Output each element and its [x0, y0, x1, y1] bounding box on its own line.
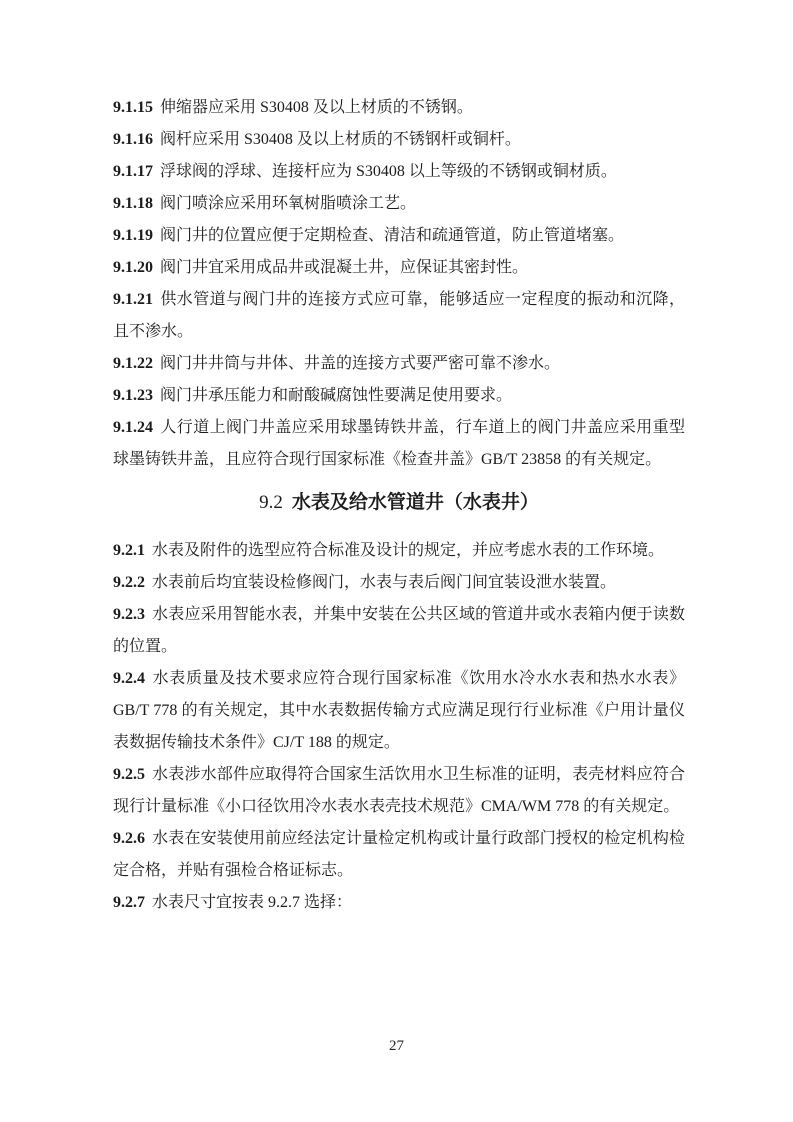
clause-number: 9.2.4	[113, 670, 152, 687]
section-9-2-clauses: 9.2.1水表及附件的选型应符合标准及设计的规定，并应考虑水表的工作环境。 9.…	[113, 535, 685, 919]
clause-9-2-7: 9.2.7水表尺寸宜按表 9.2.7 选择：	[113, 887, 685, 919]
clause-text: 阀杆应采用 S30408 及以上材质的不锈钢杆或铜杆。	[160, 131, 521, 148]
section-number: 9.2	[259, 492, 292, 513]
clause-number: 9.1.17	[113, 163, 160, 180]
clause-text: 阀门井井筒与井体、井盖的连接方式要严密可靠不渗水。	[160, 355, 560, 372]
clause-9-1-23: 9.1.23阀门井承压能力和耐酸碱腐蚀性要满足使用要求。	[113, 380, 685, 412]
clause-9-2-5: 9.2.5水表涉水部件应取得符合国家生活饮用水卫生标准的证明，表壳材料应符合现行…	[113, 759, 685, 823]
clause-number: 9.1.24	[113, 419, 160, 436]
document-content: 9.1.15伸缩器应采用 S30408 及以上材质的不锈钢。 9.1.16阀杆应…	[113, 92, 685, 919]
clause-text: 水表前后均宜装设检修阀门，水表与表后阀门间宜装设泄水装置。	[152, 574, 616, 591]
clause-number: 9.1.18	[113, 195, 160, 212]
clause-9-2-6: 9.2.6水表在安装使用前应经法定计量检定机构或计量行政部门授权的检定机构检定合…	[113, 823, 685, 887]
clause-number: 9.2.3	[113, 606, 152, 623]
clause-text: 水表在安装使用前应经法定计量检定机构或计量行政部门授权的检定机构检定合格，并贴有…	[113, 830, 685, 879]
section-heading-9-2: 9.2水表及给水管道井（水表井）	[113, 485, 685, 521]
clause-number: 9.2.2	[113, 574, 152, 591]
clause-text: 水表应采用智能水表，并集中安装在公共区域的管道井或水表箱内便于读数的位置。	[113, 606, 685, 655]
section-9-1-clauses: 9.1.15伸缩器应采用 S30408 及以上材质的不锈钢。 9.1.16阀杆应…	[113, 92, 685, 476]
clause-9-1-24: 9.1.24人行道上阀门井盖应采用球墨铸铁井盖，行车道上的阀门井盖应采用重型球墨…	[113, 412, 685, 476]
clause-9-1-16: 9.1.16阀杆应采用 S30408 及以上材质的不锈钢杆或铜杆。	[113, 124, 685, 156]
clause-number: 9.1.23	[113, 387, 160, 404]
clause-text: 人行道上阀门井盖应采用球墨铸铁井盖，行车道上的阀门井盖应采用重型球墨铸铁井盖，且…	[113, 419, 685, 468]
clause-9-2-1: 9.2.1水表及附件的选型应符合标准及设计的规定，并应考虑水表的工作环境。	[113, 535, 685, 567]
clause-number: 9.1.21	[113, 291, 160, 308]
clause-9-1-21: 9.1.21供水管道与阀门井的连接方式应可靠，能够适应一定程度的振动和沉降，且不…	[113, 284, 685, 348]
clause-text: 水表及附件的选型应符合标准及设计的规定，并应考虑水表的工作环境。	[152, 542, 664, 559]
clause-number: 9.2.5	[113, 766, 152, 783]
clause-9-1-19: 9.1.19阀门井的位置应便于定期检查、清洁和疏通管道，防止管道堵塞。	[113, 220, 685, 252]
clause-9-1-18: 9.1.18阀门喷涂应采用环氧树脂喷涂工艺。	[113, 188, 685, 220]
clause-9-1-15: 9.1.15伸缩器应采用 S30408 及以上材质的不锈钢。	[113, 92, 685, 124]
clause-number: 9.1.20	[113, 259, 160, 276]
clause-number: 9.2.7	[113, 894, 152, 911]
clause-number: 9.1.22	[113, 355, 160, 372]
clause-9-2-3: 9.2.3水表应采用智能水表，并集中安装在公共区域的管道井或水表箱内便于读数的位…	[113, 599, 685, 663]
page-number: 27	[0, 1036, 793, 1056]
clause-text: 伸缩器应采用 S30408 及以上材质的不锈钢。	[160, 99, 473, 116]
clause-9-1-20: 9.1.20阀门井宜采用成品井或混凝土井，应保证其密封性。	[113, 252, 685, 284]
clause-text: 水表质量及技术要求应符合现行国家标准《饮用水冷水水表和热水水表》GB/T 778…	[113, 670, 685, 751]
clause-9-1-17: 9.1.17浮球阀的浮球、连接杆应为 S30408 以上等级的不锈钢或铜材质。	[113, 156, 685, 188]
clause-number: 9.1.19	[113, 227, 160, 244]
clause-9-1-22: 9.1.22阀门井井筒与井体、井盖的连接方式要严密可靠不渗水。	[113, 348, 685, 380]
clause-text: 水表尺寸宜按表 9.2.7 选择：	[152, 894, 352, 911]
clause-text: 阀门井承压能力和耐酸碱腐蚀性要满足使用要求。	[160, 387, 512, 404]
clause-number: 9.2.6	[113, 830, 152, 847]
clause-9-2-4: 9.2.4水表质量及技术要求应符合现行国家标准《饮用水冷水水表和热水水表》GB/…	[113, 663, 685, 759]
clause-number: 9.2.1	[113, 542, 152, 559]
clause-text: 阀门喷涂应采用环氧树脂喷涂工艺。	[160, 195, 416, 212]
clause-9-2-2: 9.2.2水表前后均宜装设检修阀门，水表与表后阀门间宜装设泄水装置。	[113, 567, 685, 599]
clause-text: 阀门井的位置应便于定期检查、清洁和疏通管道，防止管道堵塞。	[160, 227, 624, 244]
clause-text: 浮球阀的浮球、连接杆应为 S30408 以上等级的不锈钢或铜材质。	[160, 163, 617, 180]
section-title: 水表及给水管道井（水表井）	[292, 492, 539, 513]
clause-text: 供水管道与阀门井的连接方式应可靠，能够适应一定程度的振动和沉降，且不渗水。	[113, 291, 685, 340]
clause-text: 水表涉水部件应取得符合国家生活饮用水卫生标准的证明，表壳材料应符合现行计量标准《…	[113, 766, 685, 815]
clause-text: 阀门井宜采用成品井或混凝土井，应保证其密封性。	[160, 259, 528, 276]
clause-number: 9.1.15	[113, 99, 160, 116]
clause-number: 9.1.16	[113, 131, 160, 148]
document-page: 9.1.15伸缩器应采用 S30408 及以上材质的不锈钢。 9.1.16阀杆应…	[0, 0, 793, 1122]
